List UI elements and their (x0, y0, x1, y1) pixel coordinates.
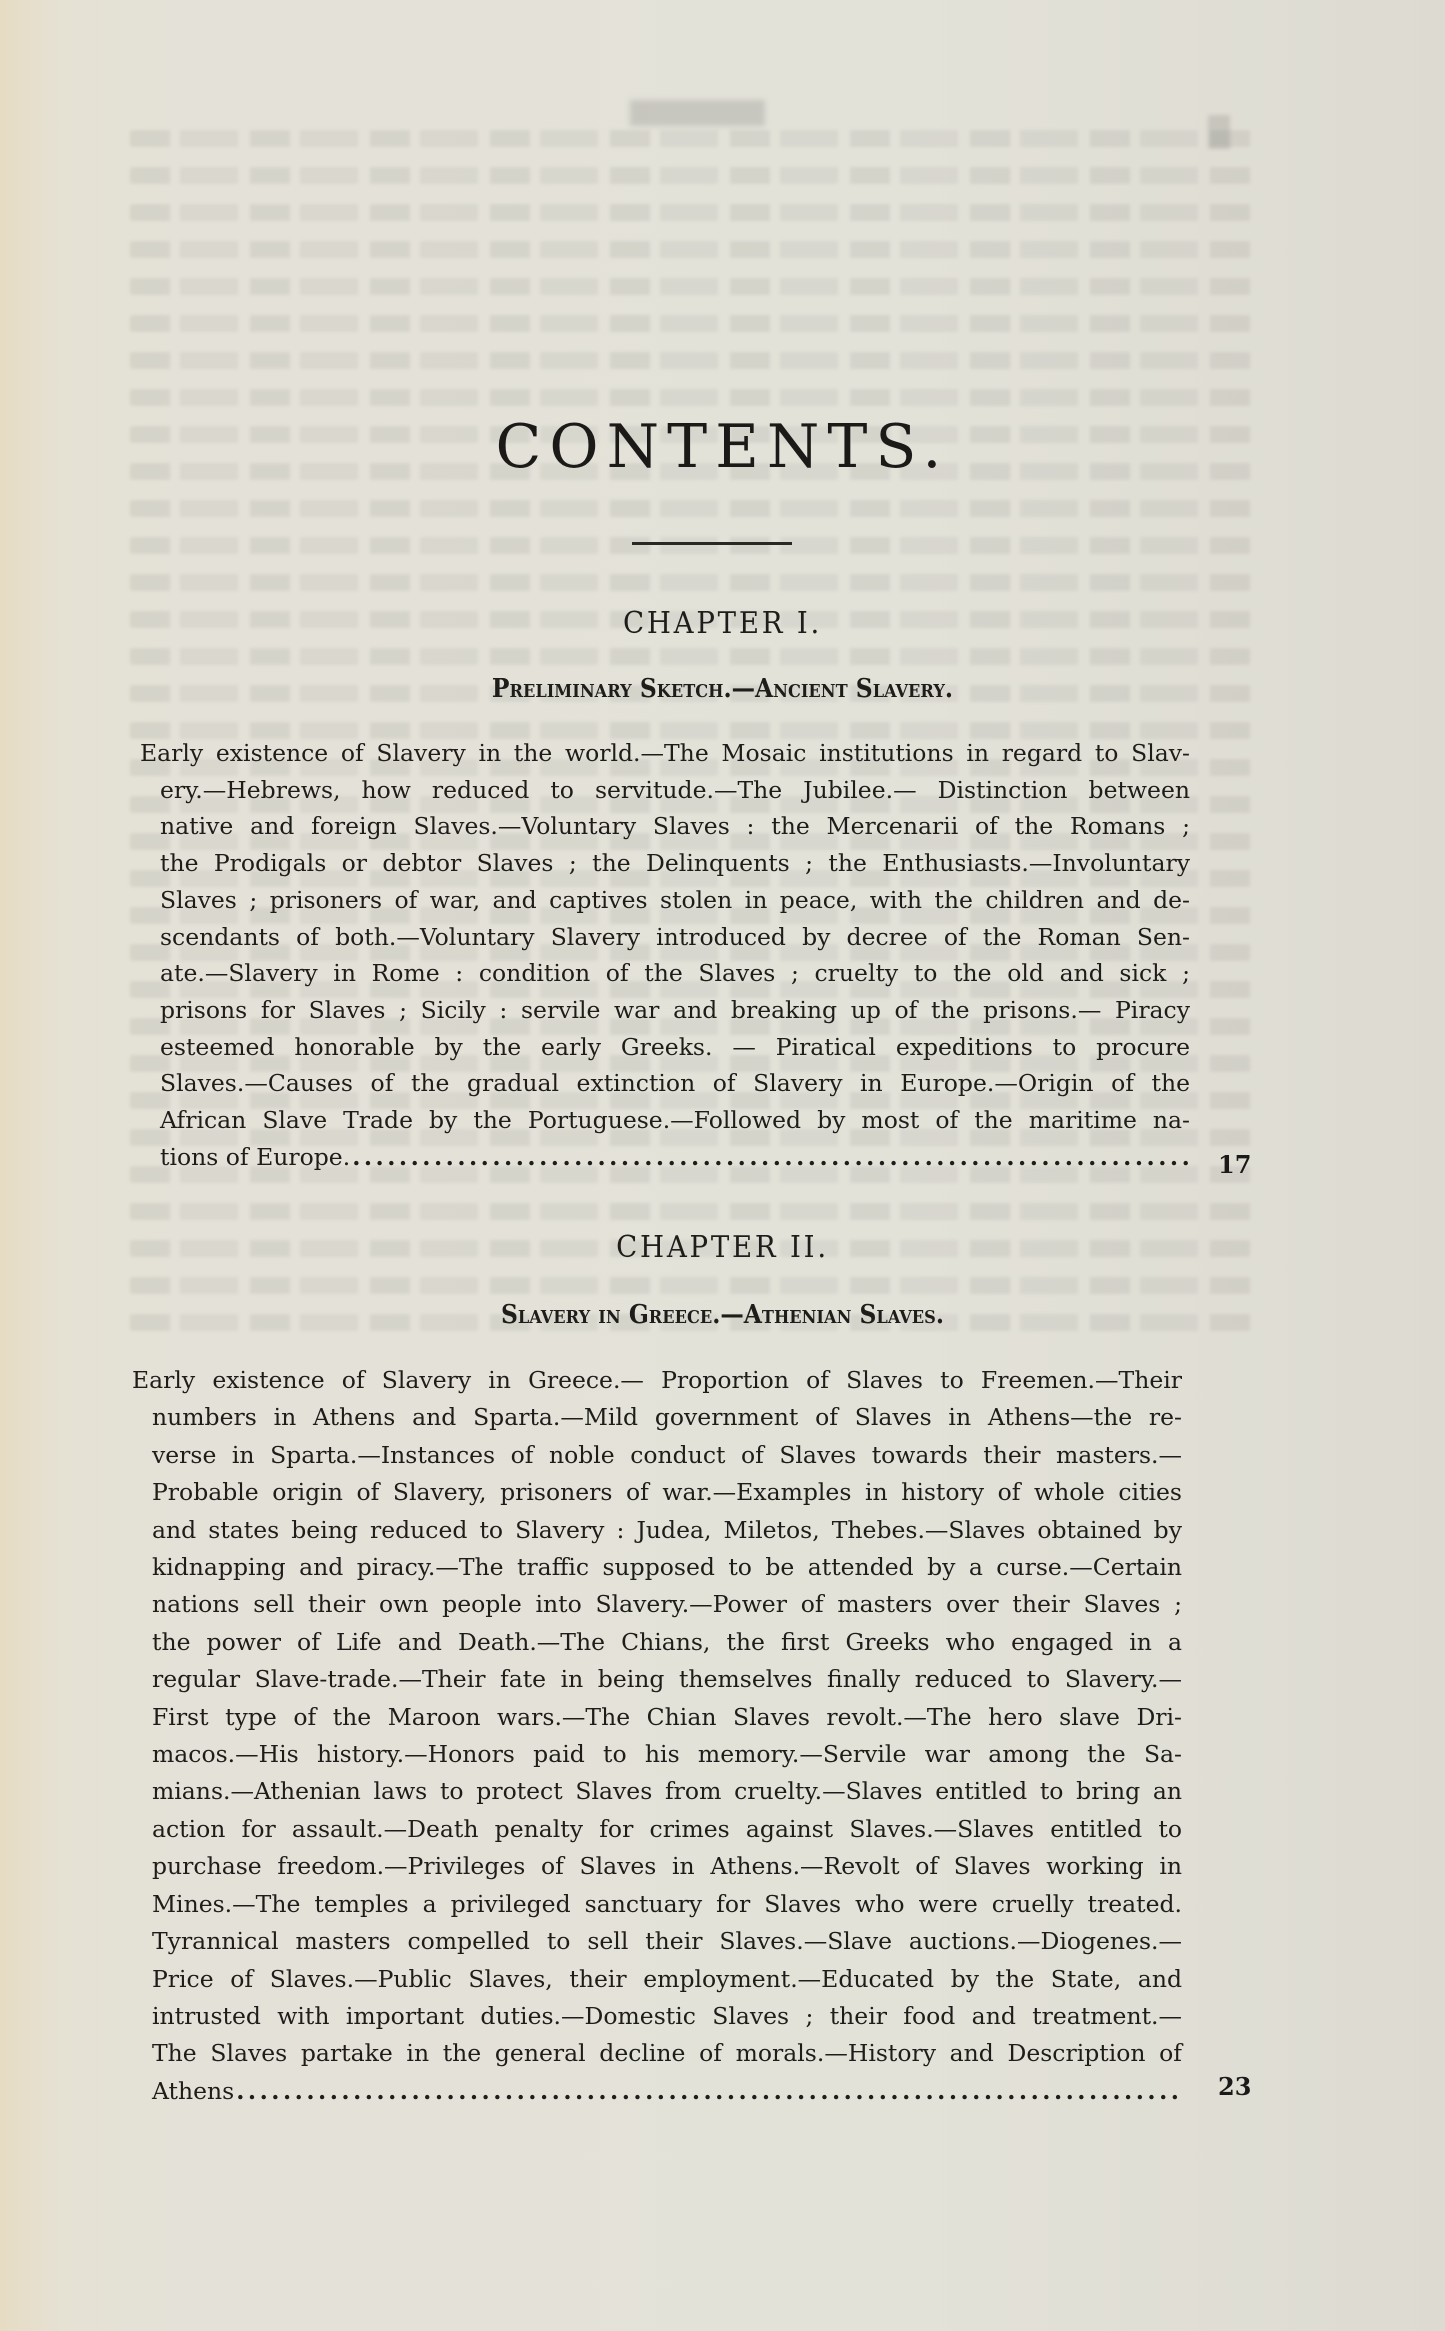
bleed-through-page-number (1208, 115, 1230, 149)
chapter-2-summary-line: numbers in Athens and Sparta.—Mild gover… (132, 1399, 1182, 1436)
chapter-1-last-line: tions of Europe. (160, 1139, 350, 1176)
chapter-2-summary-line: action for assault.—Death penalty for cr… (132, 1811, 1182, 1848)
chapter-1-summary-line: African Slave Trade by the Portuguese.—F… (140, 1102, 1190, 1139)
chapter-2-summary-line: First type of the Maroon wars.—The Chian… (132, 1699, 1182, 1736)
chapter-2-summary-line: macos.—His history.—Honors paid to his m… (132, 1736, 1182, 1773)
chapter-2-page-number[interactable]: 23 (1218, 2072, 1251, 2101)
chapter-2-summary: Early existence of Slavery in Greece.— P… (132, 1362, 1182, 2110)
chapter-1-summary-line: prisons for Slaves ; Sicily : servile wa… (140, 992, 1190, 1029)
chapter-2-summary-line: intrusted with important duties.—Domesti… (132, 1998, 1182, 2035)
chapter-2-leader: Athens .................................… (132, 2073, 1182, 2110)
dot-leader: ........................................… (236, 2073, 1182, 2110)
chapter-1-summary-line: scendants of both.—Voluntary Slavery int… (140, 919, 1190, 956)
bleed-through-heading (630, 100, 765, 126)
chapter-1-page-number[interactable]: 17 (1218, 1150, 1251, 1179)
chapter-2-summary-line: Mines.—The temples a privileged sanctuar… (132, 1886, 1182, 1923)
chapter-1-summary-line: native and foreign Slaves.—Voluntary Sla… (140, 808, 1190, 845)
chapter-2-summary-line: the power of Life and Death.—The Chians,… (132, 1624, 1182, 1661)
dot-leader: ........................................… (352, 1139, 1190, 1176)
chapter-2-summary-line: Tyrannical masters compelled to sell the… (132, 1923, 1182, 1960)
chapter-1-summary-line: ate.—Slavery in Rome : condition of the … (140, 955, 1190, 992)
page-title: CONTENTS. (0, 412, 1445, 482)
chapter-2-heading: CHAPTER II. (58, 1230, 1387, 1265)
chapter-1-heading: CHAPTER I. (58, 606, 1387, 641)
chapter-1-subtitle: Preliminary Sketch.—Ancient Slavery. (72, 674, 1373, 704)
chapter-1-summary-line: ery.—Hebrews, how reduced to servitude.—… (140, 772, 1190, 809)
chapter-1-summary-line: Slaves.—Causes of the gradual extinction… (140, 1065, 1190, 1102)
chapter-1-summary-line: esteemed honorable by the early Greeks. … (140, 1029, 1190, 1066)
chapter-2-summary-line: regular Slave-trade.—Their fate in being… (132, 1661, 1182, 1698)
chapter-1-leader: tions of Europe. .......................… (140, 1139, 1190, 1176)
chapter-2-subtitle: Slavery in Greece.—Athenian Slaves. (72, 1300, 1373, 1330)
chapter-2-summary-line: verse in Sparta.—Instances of noble cond… (132, 1437, 1182, 1474)
book-page: CONTENTS. CHAPTER I. Preliminary Sketch.… (0, 0, 1445, 2331)
chapter-1-summary: Early existence of Slavery in the world.… (140, 735, 1190, 1175)
chapter-2-summary-line: Price of Slaves.—Public Slaves, their em… (132, 1961, 1182, 1998)
chapter-1-summary-line: Slaves ; prisoners of war, and captives … (140, 882, 1190, 919)
chapter-2-summary-line: Probable origin of Slavery, prisoners of… (132, 1474, 1182, 1511)
chapter-1-summary-line: Early existence of Slavery in the world.… (140, 735, 1190, 772)
chapter-2-summary-line: purchase freedom.—Privileges of Slaves i… (132, 1848, 1182, 1885)
chapter-2-summary-line: kidnapping and piracy.—The traffic suppo… (132, 1549, 1182, 1586)
chapter-2-summary-line: mians.—Athenian laws to protect Slaves f… (132, 1773, 1182, 1810)
chapter-2-last-line: Athens (152, 2073, 234, 2110)
chapter-2-summary-line: Early existence of Slavery in Greece.— P… (132, 1362, 1182, 1399)
chapter-2-summary-line: and states being reduced to Slavery : Ju… (132, 1512, 1182, 1549)
chapter-2-summary-line: The Slaves partake in the general declin… (132, 2035, 1182, 2072)
title-divider (632, 542, 792, 545)
chapter-2-summary-line: nations sell their own people into Slave… (132, 1586, 1182, 1623)
chapter-1-summary-line: the Prodigals or debtor Slaves ; the Del… (140, 845, 1190, 882)
